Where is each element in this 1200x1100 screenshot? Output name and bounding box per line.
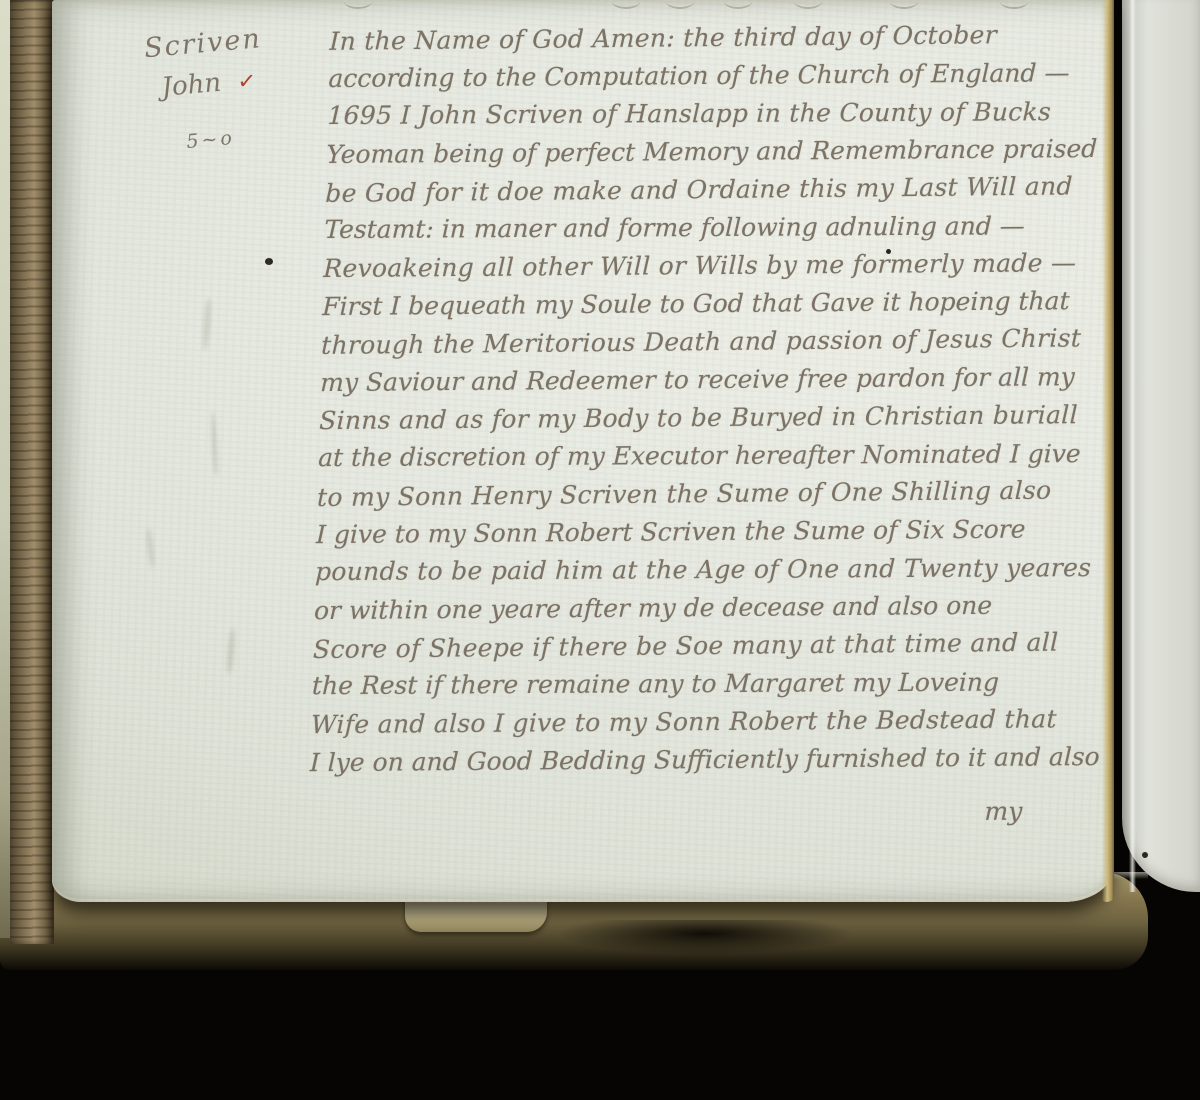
margin-surname: Scriven [143, 23, 263, 64]
ink-blot [265, 258, 273, 265]
cropped-text-fragment [724, 0, 752, 9]
cropped-text-fragment [890, 0, 918, 9]
text-line: I lye on and Good Bedding Sufficiently f… [309, 738, 1106, 782]
binding-spine [10, 0, 54, 944]
text-line: to my Sonn Henry Scriven the Sume of One… [317, 471, 1114, 517]
cropped-text-fragment [1000, 0, 1028, 9]
text-line: through the Meritorious Death and passio… [321, 319, 1118, 365]
margin-shorthand-mark: 5~o [152, 124, 271, 156]
check-mark: ✓ [236, 69, 256, 95]
bleed-through-mark [226, 628, 236, 674]
cropped-text-fragment [794, 0, 822, 9]
text-line: be God for it doe make and Ordaine this … [325, 167, 1122, 213]
catchword: my [308, 792, 1105, 836]
cropped-text-fragment [666, 0, 694, 9]
text-line: In the Name of God Amen: the third day o… [329, 15, 1126, 61]
text-line: Testamt: in maner and forme following ad… [324, 207, 1121, 249]
margin-forename-row: John✓ [146, 64, 266, 104]
text-line: I give to my Sonn Robert Scriven the Sum… [316, 510, 1113, 554]
margin-forename: John [160, 68, 222, 103]
bleed-through-mark [210, 412, 218, 476]
ink-blot [886, 249, 891, 254]
margin-annotation: Scriven John✓ 5~o [143, 23, 271, 156]
page-crease-highlight [1129, 0, 1136, 892]
cover-edge-strip [0, 0, 10, 938]
will-text-block: In the Name of God Amen: the third day o… [308, 16, 1126, 836]
text-line: the Rest if there remaine any to Margare… [311, 663, 1108, 705]
text-line: according to the Computation of the Chur… [328, 54, 1125, 98]
text-line: Wife and also I give to my Sonn Robert t… [310, 700, 1107, 744]
text-line: 1695 I John Scriven of Hanslapp in the C… [327, 93, 1124, 135]
text-line: Score of Sheepe if there be Soe many at … [313, 623, 1110, 669]
manuscript-page: Scriven John✓ 5~o In the Name of God Ame… [52, 0, 1114, 902]
text-line: at the discretion of my Executor hereaft… [318, 435, 1115, 477]
text-line: my Saviour and Redeemer to receive free … [320, 358, 1117, 402]
text-line: pounds to be paid him at the Age of One … [315, 549, 1112, 591]
bleed-through-mark [202, 298, 212, 350]
manuscript-photograph: Scriven John✓ 5~o In the Name of God Ame… [0, 0, 1200, 1100]
cropped-text-fragment [612, 0, 640, 9]
text-line: Revoakeing all other Will or Wills by me… [323, 244, 1120, 288]
bleed-through-mark [146, 528, 155, 568]
page-fore-edge [1102, 0, 1114, 902]
text-line: Sinns and as for my Body to be Buryed in… [319, 396, 1116, 440]
ink-speck [1142, 852, 1148, 858]
cropped-text-fragment [344, 0, 372, 9]
facing-page [1122, 0, 1200, 892]
